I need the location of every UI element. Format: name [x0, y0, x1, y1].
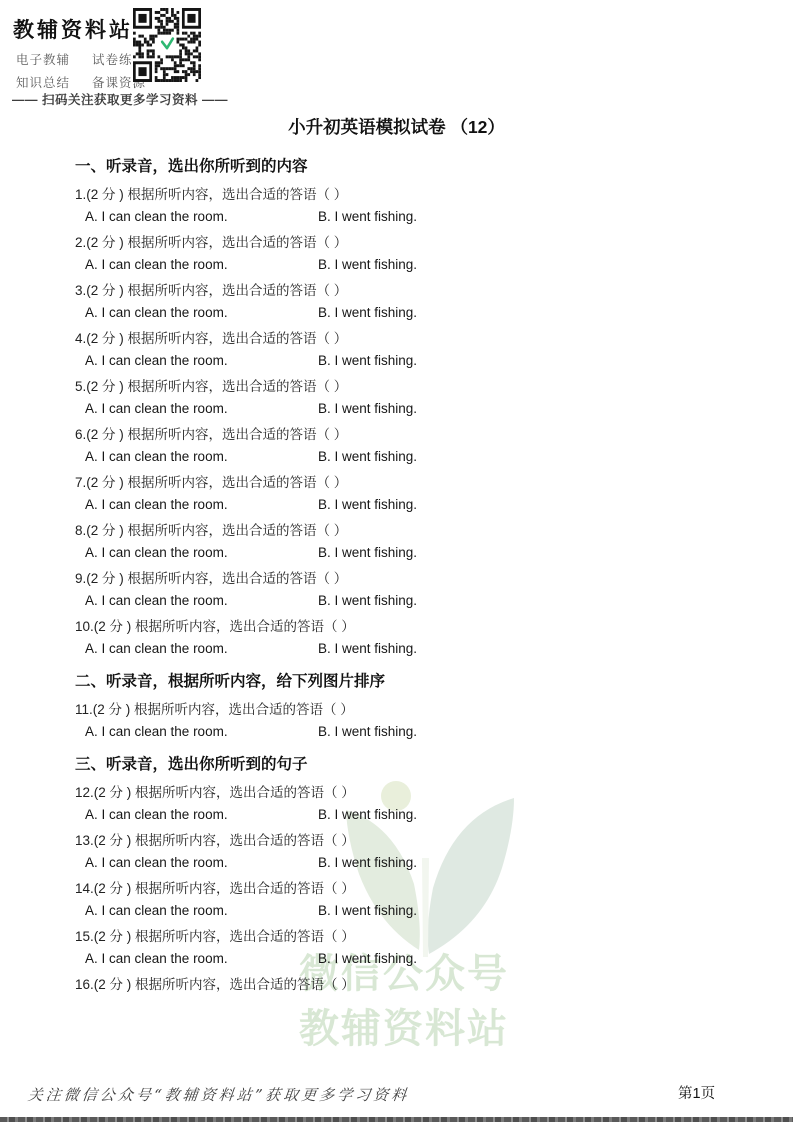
watermark-text-line2: 教辅资料站: [299, 997, 509, 1054]
option-a: A. I can clean the room.: [85, 400, 318, 417]
option-b: B. I went fishing.: [318, 304, 417, 321]
option-b: B. I went fishing.: [318, 854, 417, 871]
option-b: B. I went fishing.: [318, 806, 417, 823]
question-block: 5.(2 分 ) 根据所听内容，选出合适的答语（ ） A. I can clea…: [75, 372, 753, 418]
option-a: A. I can clean the room.: [85, 902, 318, 919]
question-options: A. I can clean the room. B. I went fishi…: [75, 945, 753, 968]
scan-bottom-edge: [0, 1117, 793, 1122]
option-b: B. I went fishing.: [318, 400, 417, 417]
option-b: B. I went fishing.: [318, 448, 417, 465]
question-options: A. I can clean the room. B. I went fishi…: [75, 718, 753, 741]
question-block: 15.(2 分 ) 根据所听内容，选出合适的答语（ ） A. I can cle…: [75, 922, 753, 968]
option-b: B. I went fishing.: [318, 352, 417, 369]
option-a: A. I can clean the room.: [85, 592, 318, 609]
question-text: 1.(2 分 ) 根据所听内容，选出合适的答语（ ）: [75, 180, 753, 203]
option-b: B. I went fishing.: [318, 640, 417, 657]
question-text: 8.(2 分 ) 根据所听内容，选出合适的答语（ ）: [75, 516, 753, 539]
option-a: A. I can clean the room.: [85, 854, 318, 871]
option-a: A. I can clean the room.: [85, 806, 318, 823]
question-options: A. I can clean the room. B. I went fishi…: [75, 849, 753, 872]
question-options: A. I can clean the room. B. I went fishi…: [75, 897, 753, 920]
question-options: A. I can clean the room. B. I went fishi…: [75, 443, 753, 466]
site-header: 教辅资料站 电子教辅 试卷练习 知识总结 备课资源 —— 扫码关注获取更多学习资…: [0, 0, 793, 108]
question-text: 6.(2 分 ) 根据所听内容，选出合适的答语（ ）: [75, 420, 753, 443]
question-text: 2.(2 分 ) 根据所听内容，选出合适的答语（ ）: [75, 228, 753, 251]
option-b: B. I went fishing.: [318, 496, 417, 513]
option-b: B. I went fishing.: [318, 256, 417, 273]
question-text: 15.(2 分 ) 根据所听内容，选出合适的答语（ ）: [75, 922, 753, 945]
option-b: B. I went fishing.: [318, 950, 417, 967]
question-list: 一、听录音，选出你所听到的内容 1.(2 分 ) 根据所听内容，选出合适的答语（…: [0, 157, 793, 993]
question-options: A. I can clean the room. B. I went fishi…: [75, 347, 753, 370]
question-options: A. I can clean the room. B. I went fishi…: [75, 635, 753, 658]
option-a: A. I can clean the room.: [85, 208, 318, 225]
section-heading: 一、听录音，选出你所听到的内容: [75, 157, 753, 177]
option-a: A. I can clean the room.: [85, 496, 318, 513]
question-block: 8.(2 分 ) 根据所听内容，选出合适的答语（ ） A. I can clea…: [75, 516, 753, 562]
option-a: A. I can clean the room.: [85, 448, 318, 465]
question-block: 1.(2 分 ) 根据所听内容，选出合适的答语（ ） A. I can clea…: [75, 180, 753, 226]
question-text: 3.(2 分 ) 根据所听内容，选出合适的答语（ ）: [75, 276, 753, 299]
option-a: A. I can clean the room.: [85, 950, 318, 967]
exam-page: 微信公众号 教辅资料站 教辅资料站 电子教辅 试卷练习 知识总结 备课资源 ——…: [0, 0, 793, 1122]
question-options: A. I can clean the room. B. I went fishi…: [75, 299, 753, 322]
page-title: 小升初英语模拟试卷 （12）: [0, 114, 793, 139]
qr-code: [133, 8, 201, 82]
question-block: 2.(2 分 ) 根据所听内容，选出合适的答语（ ） A. I can clea…: [75, 228, 753, 274]
question-text: 13.(2 分 ) 根据所听内容，选出合适的答语（ ）: [75, 826, 753, 849]
section-heading: 二、听录音，根据所听内容，给下列图片排序: [75, 672, 753, 692]
question-options: A. I can clean the room. B. I went fishi…: [75, 203, 753, 226]
question-block: 14.(2 分 ) 根据所听内容，选出合适的答语（ ） A. I can cle…: [75, 874, 753, 920]
option-a: A. I can clean the room.: [85, 352, 318, 369]
question-text: 12.(2 分 ) 根据所听内容，选出合适的答语（ ）: [75, 778, 753, 801]
section-heading: 三、听录音，选出你所听到的句子: [75, 755, 753, 775]
question-block: 7.(2 分 ) 根据所听内容，选出合适的答语（ ） A. I can clea…: [75, 468, 753, 514]
option-b: B. I went fishing.: [318, 592, 417, 609]
question-options: A. I can clean the room. B. I went fishi…: [75, 251, 753, 274]
question-text: 7.(2 分 ) 根据所听内容，选出合适的答语（ ）: [75, 468, 753, 491]
question-options: A. I can clean the room. B. I went fishi…: [75, 539, 753, 562]
question-text: 16.(2 分 ) 根据所听内容，选出合适的答语（ ）: [75, 970, 753, 993]
question-block: 9.(2 分 ) 根据所听内容，选出合适的答语（ ） A. I can clea…: [75, 564, 753, 610]
option-a: A. I can clean the room.: [85, 304, 318, 321]
question-text: 5.(2 分 ) 根据所听内容，选出合适的答语（ ）: [75, 372, 753, 395]
question-block: 11.(2 分 ) 根据所听内容，选出合适的答语（ ） A. I can cle…: [75, 695, 753, 741]
question-text: 14.(2 分 ) 根据所听内容，选出合适的答语（ ）: [75, 874, 753, 897]
question-options: A. I can clean the room. B. I went fishi…: [75, 491, 753, 514]
question-text: 11.(2 分 ) 根据所听内容，选出合适的答语（ ）: [75, 695, 753, 718]
question-block: 10.(2 分 ) 根据所听内容，选出合适的答语（ ） A. I can cle…: [75, 612, 753, 658]
question-text: 9.(2 分 ) 根据所听内容，选出合适的答语（ ）: [75, 564, 753, 587]
option-b: B. I went fishing.: [318, 723, 417, 740]
question-block: 16.(2 分 ) 根据所听内容，选出合适的答语（ ）: [75, 970, 753, 993]
question-text: 4.(2 分 ) 根据所听内容，选出合适的答语（ ）: [75, 324, 753, 347]
footer-note: 关注微信公众号“教辅资料站”获取更多学习资料: [27, 1084, 411, 1105]
site-logo: 教辅资料站: [13, 14, 133, 44]
option-a: A. I can clean the room.: [85, 544, 318, 561]
question-options: A. I can clean the room. B. I went fishi…: [75, 801, 753, 824]
question-text: 10.(2 分 ) 根据所听内容，选出合适的答语（ ）: [75, 612, 753, 635]
page-number: 第1页: [678, 1082, 715, 1103]
question-block: 13.(2 分 ) 根据所听内容，选出合适的答语（ ） A. I can cle…: [75, 826, 753, 872]
option-b: B. I went fishing.: [318, 544, 417, 561]
question-options: A. I can clean the room. B. I went fishi…: [75, 587, 753, 610]
question-options: A. I can clean the room. B. I went fishi…: [75, 395, 753, 418]
tagline-summary: 知识总结: [16, 73, 70, 91]
question-block: 6.(2 分 ) 根据所听内容，选出合适的答语（ ） A. I can clea…: [75, 420, 753, 466]
tagline-ebook: 电子教辅: [16, 50, 70, 68]
taglines: 电子教辅 试卷练习 知识总结 备课资源: [16, 50, 146, 91]
option-a: A. I can clean the room.: [85, 640, 318, 657]
question-block: 3.(2 分 ) 根据所听内容，选出合适的答语（ ） A. I can clea…: [75, 276, 753, 322]
option-b: B. I went fishing.: [318, 208, 417, 225]
option-a: A. I can clean the room.: [85, 256, 318, 273]
option-b: B. I went fishing.: [318, 902, 417, 919]
question-block: 12.(2 分 ) 根据所听内容，选出合适的答语（ ） A. I can cle…: [75, 778, 753, 824]
option-a: A. I can clean the room.: [85, 723, 318, 740]
question-block: 4.(2 分 ) 根据所听内容，选出合适的答语（ ） A. I can clea…: [75, 324, 753, 370]
scan-banner: —— 扫码关注获取更多学习资料 ——: [12, 90, 228, 108]
